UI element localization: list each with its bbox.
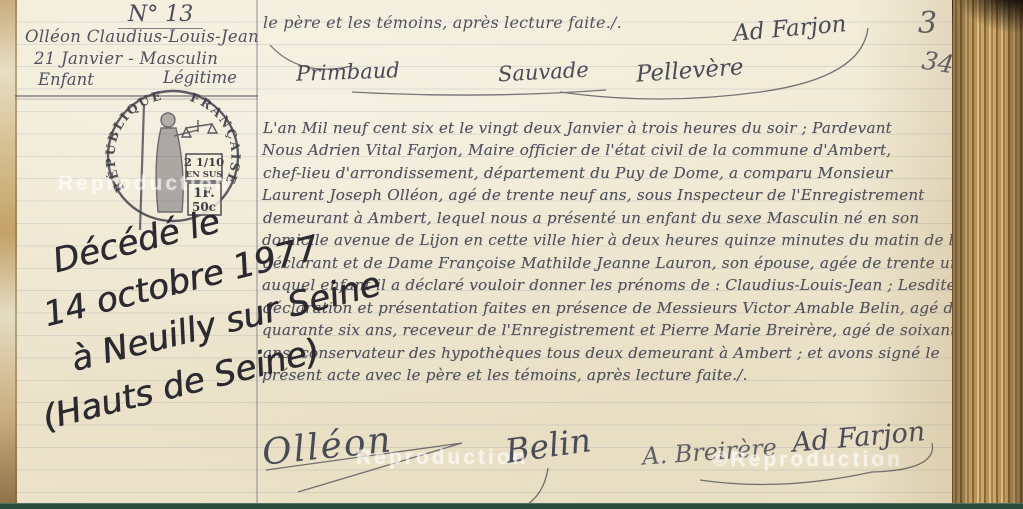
folio-paraph: 34 (920, 46, 956, 80)
officer-signature-top: Ad Farjon (732, 11, 847, 47)
act-line: domicile avenue de Lijon en cette ville … (262, 229, 996, 251)
book-binding-edge (952, 0, 1023, 509)
stamp-tax-plaque: 2 1/10 EN SUS (184, 154, 224, 181)
register-page: N° 13 Olléon Claudius-Louis-Jean 21 Janv… (0, 0, 1023, 509)
act-line: présent acte avec le père et les témoins… (262, 364, 996, 386)
officer-signature-bottom: Ad Farjon (791, 416, 926, 458)
margin-date-sex: 21 Janvier - Masculin (34, 49, 218, 68)
stamp-value-top: 1F. (193, 186, 215, 201)
margin-separator-line (256, 0, 258, 509)
margin-child-label: Enfant (38, 70, 94, 89)
act-line: ans, conservateur des hypothèques tous d… (263, 342, 997, 364)
stamp-text-republique: RÉPUBLIQUE (102, 88, 164, 195)
act-line: quarante six ans, receveur de l'Enregist… (262, 319, 996, 341)
folio-number: 3 (918, 6, 937, 41)
witness-signature-breirere: A. Breirère (641, 433, 778, 470)
act-line: Nous Adrien Vital Farjon, Maire officier… (262, 139, 996, 161)
act-line: déclaration et présentation faites en pr… (263, 297, 997, 319)
stamp-tax-top: 2 1/10 (184, 155, 224, 169)
act-line: L'an Mil neuf cent six et le vingt deux … (263, 117, 997, 139)
svg-text:RÉPUBLIQUE: RÉPUBLIQUE (102, 88, 164, 195)
scales-icon (182, 120, 217, 137)
act-number: N° 13 (118, 2, 203, 29)
fiscal-stamp: RÉPUBLIQUE FRANÇAISE 2 1/10 EN SUS 1F. (98, 80, 248, 240)
birth-act-text: L'an Mil neuf cent six et le vingt deux … (262, 117, 996, 386)
previous-page-edge (0, 0, 17, 509)
margin-child-name: Olléon Claudius-Louis-Jean (25, 27, 259, 46)
bottom-table-edge (0, 503, 1023, 509)
act-line: déclarant et de Dame Françoise Mathilde … (263, 252, 997, 274)
act-line: Laurent Joseph Olléon, agé de trente neu… (262, 184, 996, 206)
stamp-value-bottom: 50c (192, 200, 216, 214)
stamp-tax-bottom: EN SUS (186, 170, 223, 180)
witness-signature-primbaud: Primbaud (296, 58, 401, 86)
act-line: demeurant à Ambert, lequel nous a présen… (263, 207, 997, 229)
previous-act-closing: le père et les témoins, après lecture fa… (263, 13, 622, 32)
witness-signature-pellevere: Pellevère (635, 54, 744, 87)
father-signature: Olléon (260, 419, 394, 473)
stamp-value-plaque: 1F. 50c (188, 183, 221, 215)
act-line: auquel enfant il a déclaré vouloir donne… (262, 274, 996, 296)
witness-signature-sauvade: Sauvade (497, 58, 589, 87)
act-line: chef-lieu d'arrondissement, département … (263, 162, 997, 184)
witness-signature-belin: Belin (503, 420, 594, 471)
